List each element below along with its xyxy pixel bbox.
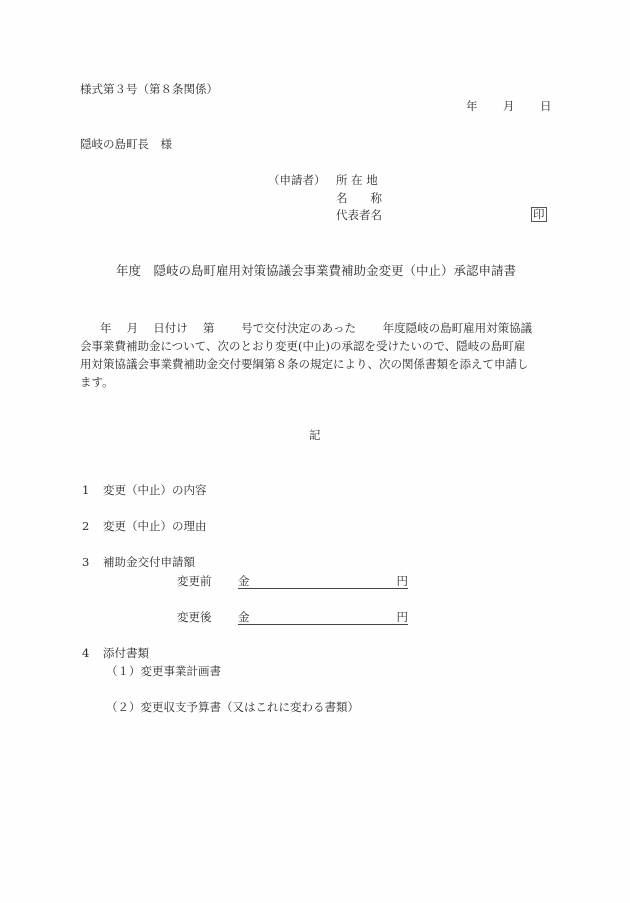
ki-heading: 記: [309, 428, 321, 442]
date-day: 日: [540, 99, 552, 113]
document-title: 年度 隠岐の島町雇用対策協議会事業費補助金変更（中止）承認申請書: [116, 264, 516, 278]
applicant-label: （申請者）: [268, 173, 326, 187]
item-4-label: 添付書類: [103, 646, 149, 660]
item-3-label: 補助金交付申請額: [103, 555, 195, 569]
address-label: 所 在 地: [336, 173, 378, 187]
item-3-num: 3: [82, 555, 89, 569]
amount-before-suffix: 円: [397, 574, 409, 588]
body-line-3: 用対策協議会事業費補助金交付要綱第８条の規定により、次の関係書類を添えて申請し: [80, 357, 529, 371]
addressee: 隠岐の島町長 様: [80, 137, 172, 151]
seal-mark: 印: [531, 207, 547, 222]
attachment-2: （２）変更収支予算書（又はこれに変わる書類）: [106, 700, 359, 714]
amount-after-label: 変更後: [177, 610, 212, 624]
amount-before-prefix: 金: [238, 574, 250, 588]
body-line-2: 会事業費補助金について、次のとおり変更(中止)の承認を受けたいので、隠岐の島町雇: [80, 339, 525, 353]
form-number: 様式第３号（第８条関係）: [80, 82, 218, 96]
body-line-1: 年 月 日付け 第 号で交付決定のあった 年度隠岐の島町雇用対策協議: [100, 321, 532, 335]
amount-before-field[interactable]: 金 円: [238, 574, 408, 589]
date-month: 月: [503, 99, 515, 113]
item-1-num: 1: [82, 483, 89, 497]
amount-before-label: 変更前: [177, 574, 212, 588]
representative-label: 代表者名: [336, 208, 382, 222]
item-2-num: 2: [82, 519, 89, 533]
item-2-label: 変更（中止）の理由: [103, 519, 207, 533]
body-line-4: ます。: [80, 375, 114, 389]
item-1-label: 変更（中止）の内容: [103, 483, 207, 497]
name-label: 名 称: [336, 191, 382, 205]
item-4-num: 4: [82, 646, 89, 660]
amount-after-field[interactable]: 金 円: [238, 610, 408, 625]
amount-after-suffix: 円: [397, 610, 409, 624]
amount-after-prefix: 金: [238, 610, 250, 624]
attachment-1: （１）変更事業計画書: [106, 664, 221, 678]
date-year: 年: [466, 99, 478, 113]
